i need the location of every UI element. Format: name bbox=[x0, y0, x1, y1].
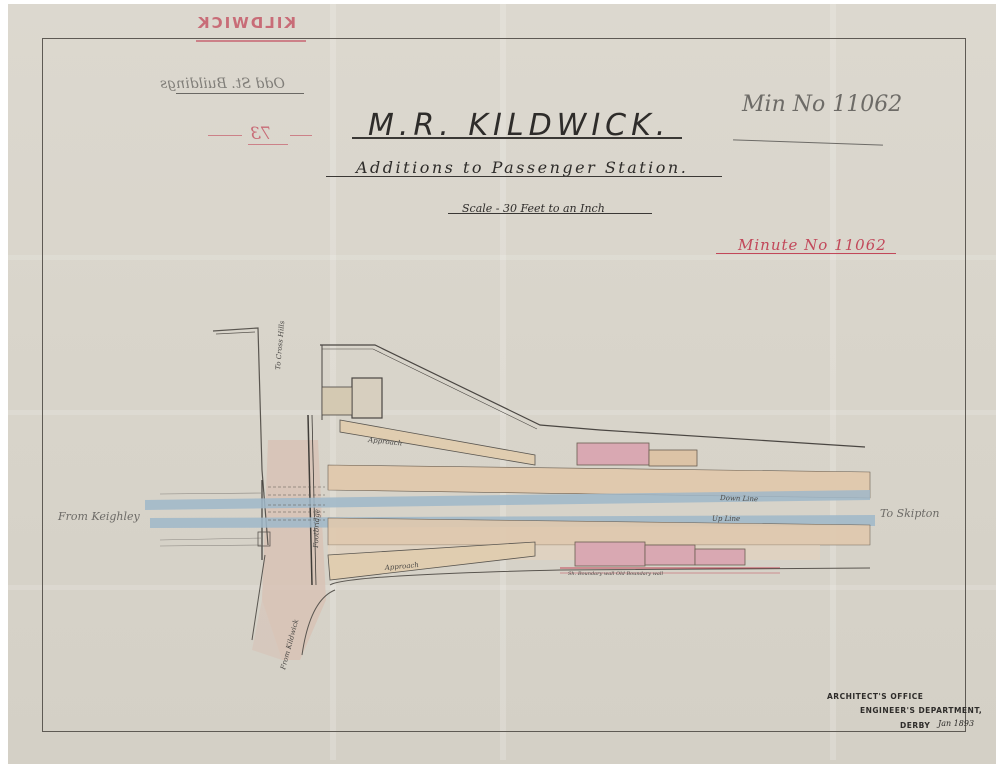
direction-label-west: From Keighley bbox=[58, 510, 140, 523]
station-plan: Approach Down Line Up Line Sh. Boundary … bbox=[0, 0, 1000, 781]
svg-text:Sh. Boundary wall Old Boundar: Sh. Boundary wall Old Boundary wall bbox=[568, 571, 663, 577]
stamp-date: Jan 1893 bbox=[938, 719, 974, 728]
direction-label-east: To Skipton bbox=[880, 507, 940, 520]
svg-text:Footbridge: Footbridge bbox=[312, 509, 321, 549]
svg-text:To Cross Hills: To Cross Hills bbox=[274, 320, 286, 370]
svg-text:Up Line: Up Line bbox=[712, 515, 740, 523]
stamp-location: DERBY bbox=[900, 721, 930, 730]
svg-text:Down Line: Down Line bbox=[719, 494, 758, 503]
stamp-office: ARCHITECT'S OFFICE bbox=[827, 692, 923, 701]
stamp-department: ENGINEER'S DEPARTMENT, bbox=[860, 706, 982, 715]
